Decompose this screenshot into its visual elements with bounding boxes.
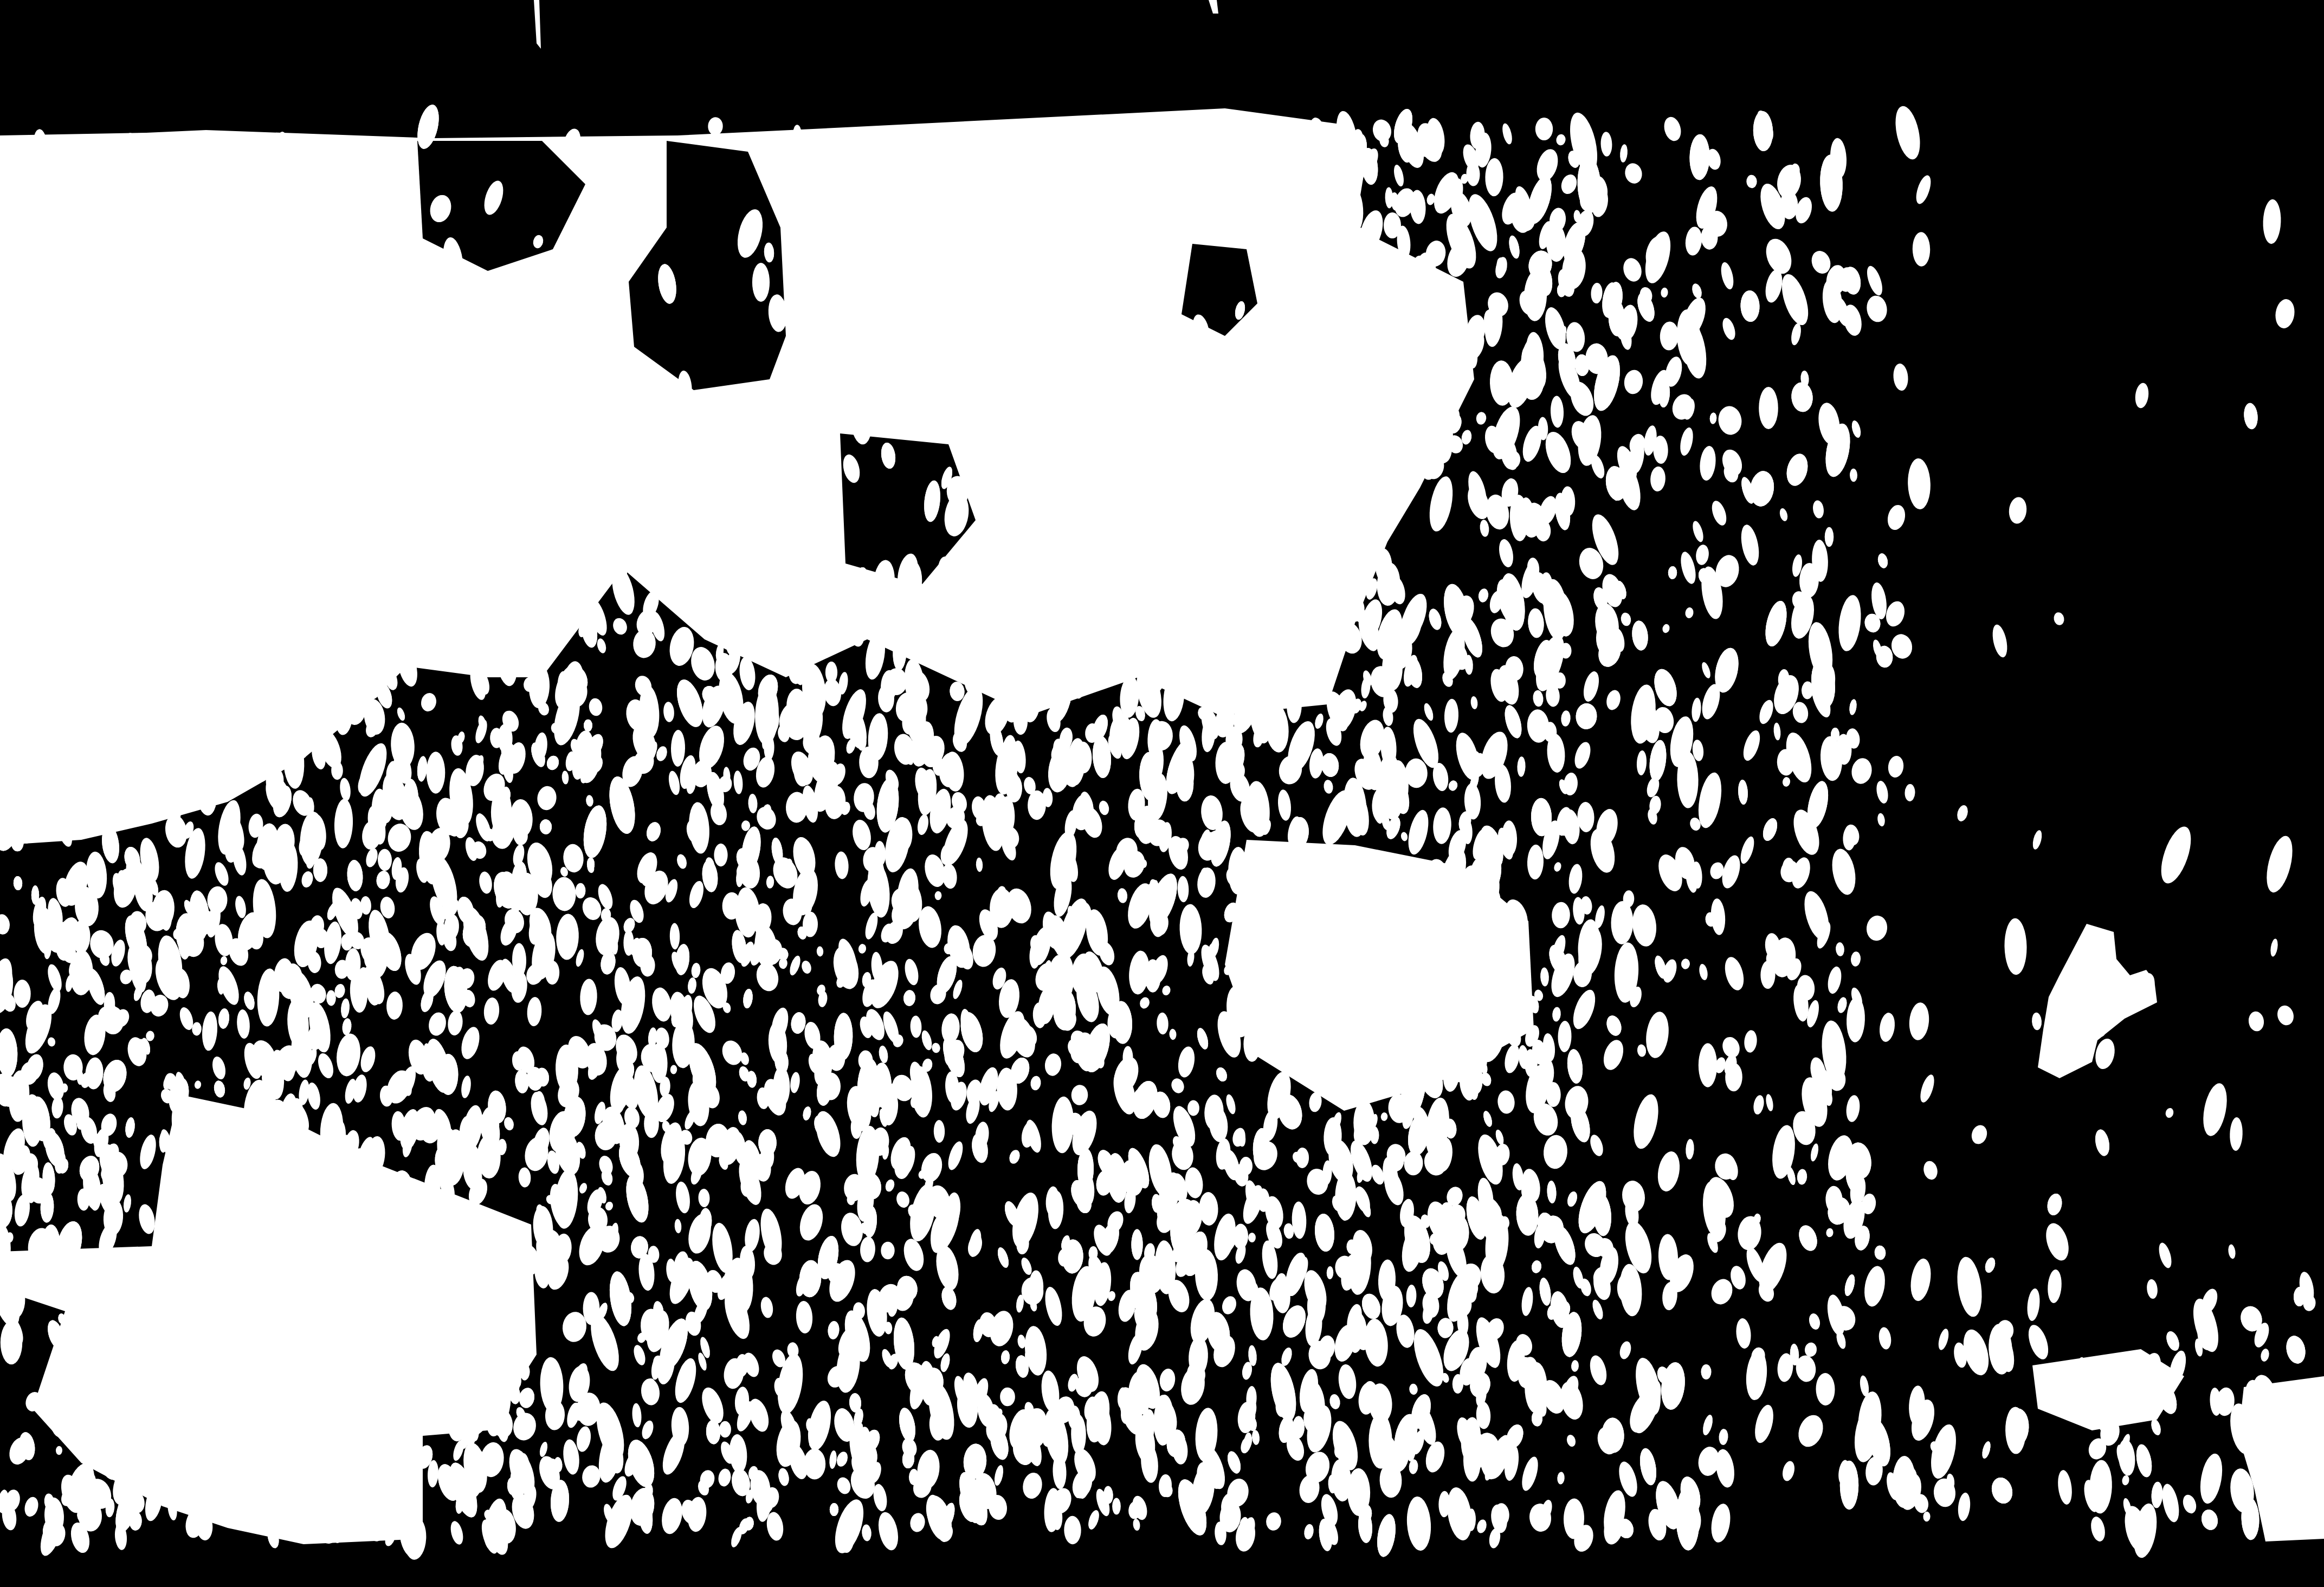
binary-mask-canvas — [0, 0, 2324, 1587]
